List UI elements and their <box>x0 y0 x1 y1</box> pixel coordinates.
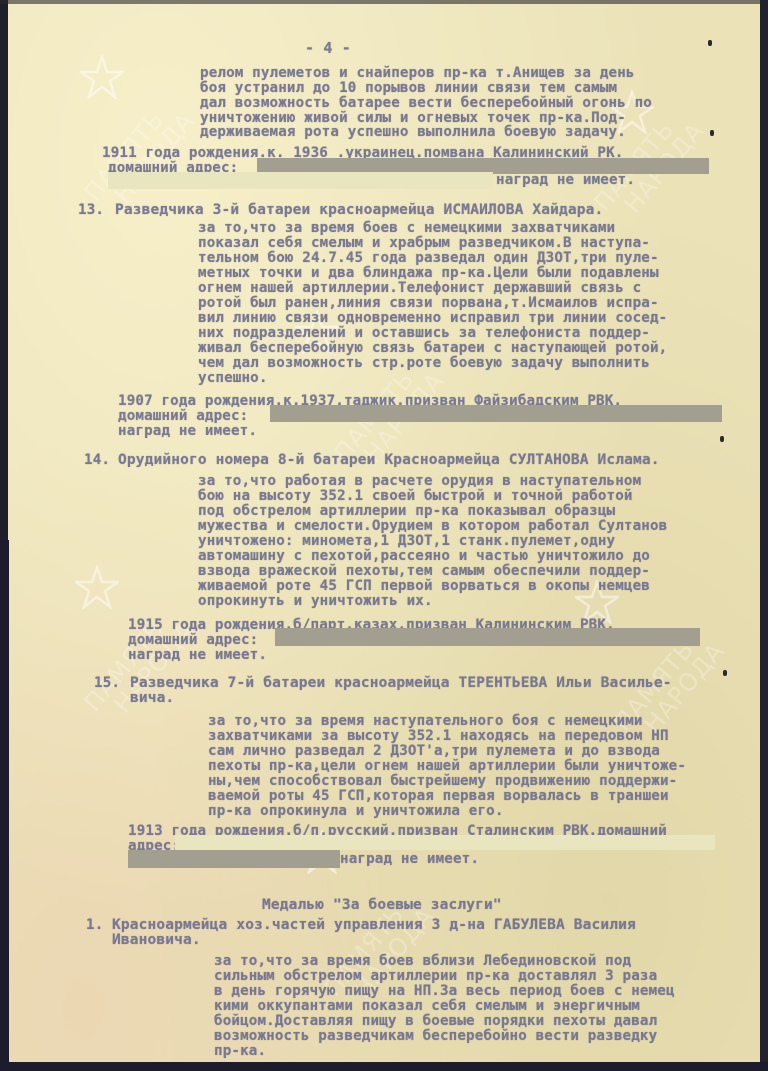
continuation-line: дал возможность батарее вести бесперебой… <box>200 95 652 111</box>
bio-address-label: домашний адрес: <box>128 632 258 648</box>
entry-title-cont: вича. <box>130 690 174 706</box>
entry-body-line: взвода вражеской пехоты,тем самым обеспе… <box>198 563 650 579</box>
entry-body-line: пр-ка опрокинула и уничтожила его. <box>208 803 504 819</box>
entry-title: Разведчика 3-й батареи красноармейца ИСМ… <box>115 202 603 218</box>
bio-awards: наград не имеет. <box>118 423 257 439</box>
entry-body-line: сильным обстрелом артиллерии пр-ка доста… <box>214 968 657 984</box>
scan-edge-top <box>0 0 768 4</box>
redacted-address <box>275 628 700 646</box>
bio-awards: наград не имеет. <box>340 851 479 867</box>
entry-body-line: ротой был ранен,линия связи порвана,т.Ис… <box>198 295 659 311</box>
continuation-line: держиваемая рота успешно выполнила боеву… <box>200 124 626 140</box>
entry-body-line: вил линию связи одновременно исправил тр… <box>198 310 667 326</box>
scan-edge-bottom <box>0 1062 768 1071</box>
redacted-address <box>270 405 722 422</box>
entry-body-line: огнем нашей артиллерии.Телефонист держав… <box>198 280 641 296</box>
entry-body-line: бою на высоту 352.1 своей быстрой и точн… <box>198 488 633 504</box>
paper-speck <box>723 670 727 676</box>
paper-speck <box>720 436 724 442</box>
entry-body-line: ны,чем способствовал быстрейшему продвиж… <box>208 773 677 789</box>
scan-edge-right <box>760 0 768 1071</box>
entry-body-line: пехоты пр-ка,цели огнем нашей артиллерии… <box>208 758 686 774</box>
entry-body-line: сам лично разведал 2 ДЗОТ'а,три пулемета… <box>208 743 660 759</box>
entry-body-line: под обстрелом артиллерии пр-ка показывал… <box>198 503 615 519</box>
section-heading: Медалью "За боевые заслуги" <box>262 897 502 913</box>
redacted-address <box>175 835 715 850</box>
entry-body-line: них подразделений и оставшись за телефон… <box>198 325 650 341</box>
entry-body-line: успешно. <box>198 370 268 386</box>
redacted-address <box>128 850 340 868</box>
page-number: - 4 - <box>305 40 351 56</box>
entry-number: 14. <box>84 452 110 468</box>
entry-body-line: метных точки и два блиндажа пр-ка.Цели б… <box>198 265 659 281</box>
entry-body-line: опрокинуть и уничтожить их. <box>198 593 433 609</box>
entry-title-cont: Ивановича. <box>112 932 201 948</box>
paper-speck <box>708 40 712 46</box>
entry-body-line: мужества и смелости.Орудием в котором ра… <box>198 518 667 534</box>
entry-body-line: за то,что работая в расчете орудия в нас… <box>198 473 641 489</box>
redacted-address <box>108 172 493 189</box>
entry-body-line: тельном бою 24.7.45 года разведал один Д… <box>198 250 659 266</box>
entry-title: Орудийного номера 8-й батареи Красноарме… <box>118 452 660 468</box>
entry-body-line: живаемой роте 45 ГСП первой ворваться в … <box>198 578 650 594</box>
entry-body-line: кими оккупантами показал себя смелым и э… <box>214 998 640 1014</box>
scan-edge-left <box>0 540 9 1071</box>
bio-awards: наград не имеет. <box>128 647 267 663</box>
entry-body-line: бойцом.Доставляя пищу в боевые порядки п… <box>214 1013 657 1029</box>
continuation-line: боя устранил до 10 порывов линии связи т… <box>200 80 617 96</box>
bio-address-label: домашний адрес: <box>118 408 248 424</box>
entry-number: 15. <box>94 675 120 691</box>
entry-body-line: живал бесперебойную связь батареи с наст… <box>198 340 667 356</box>
entry-body-line: за то,что за время боев вблизи Лебединов… <box>214 953 631 969</box>
entry-title: Красноармейца хоз.частей управления 3 д-… <box>112 917 636 933</box>
entry-body-line: автомашину с пехотой,рассеяно и частью у… <box>198 548 650 564</box>
continuation-line: релом пулеметов и снайперов пр-ка т.Анищ… <box>200 65 635 81</box>
bio-awards: наград не имеет. <box>496 172 635 188</box>
entry-body-line: за то,что за время боев с немецкими захв… <box>198 220 615 236</box>
entry-number: 13. <box>78 202 104 218</box>
entry-body-line: в день горячую пищу на НП.За весь период… <box>214 983 675 999</box>
entry-body-line: ваемой роты 45 ГСП,которая первая ворвал… <box>208 788 669 804</box>
entry-body-line: показал себя смелым и храбрым разведчико… <box>198 235 650 251</box>
entry-body-line: возможность разведчикам бесперебойно вес… <box>214 1028 657 1044</box>
entry-title: Разведчика 7-й батареи красноармейца ТЕР… <box>130 675 672 691</box>
entry-number: 1. <box>86 917 103 933</box>
entry-body-line: уничтожено: миномета,1 ДЗОТ,1 станк.пуле… <box>198 533 615 549</box>
entry-body-line: чем дал возможность стр.роте боевую зада… <box>198 355 650 371</box>
paper-speck <box>710 130 714 136</box>
entry-body-line: за то,что за время наступательного боя с… <box>208 713 643 729</box>
entry-body-line: пр-ка. <box>214 1043 266 1059</box>
entry-body-line: захватчиками за высоту 352.1 находясь на… <box>208 728 669 744</box>
